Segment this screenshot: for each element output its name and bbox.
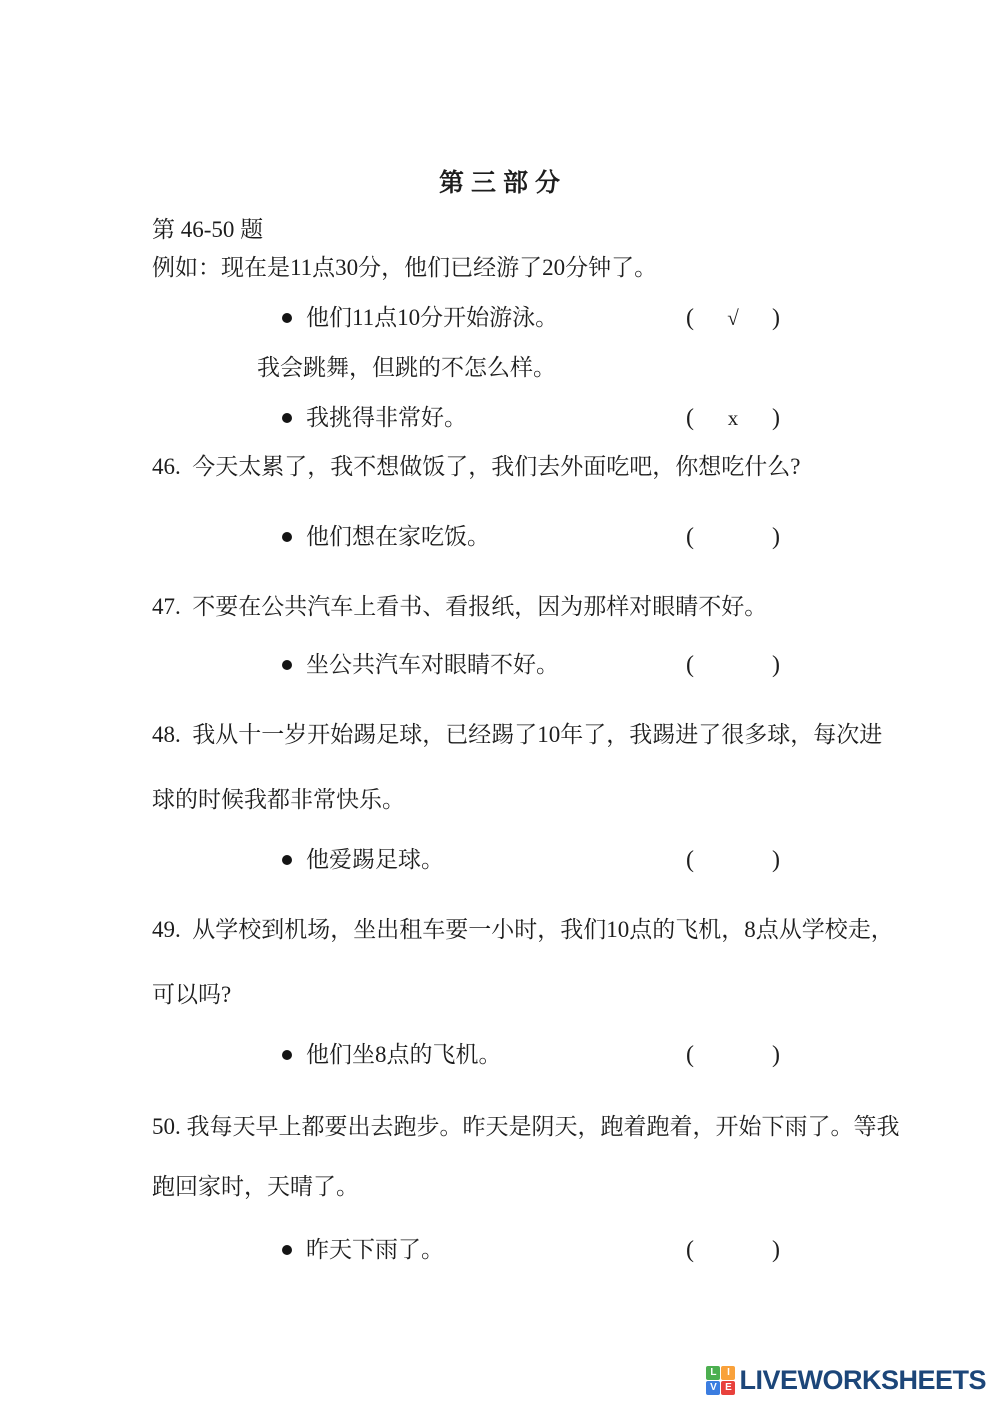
paren-close: ) <box>772 403 780 433</box>
bullet-icon <box>282 1050 292 1060</box>
question-50-text-line-1: 50. 我每天早上都要出去跑步。昨天是阴天，跑着跑着，开始下雨了。等我 <box>152 1112 900 1142</box>
paren-close: ) <box>772 522 780 552</box>
answer-field: ( ) <box>686 845 780 875</box>
statement-text: 他们11点10分开始游泳。 <box>306 303 558 333</box>
bullet-icon <box>282 413 292 423</box>
liveworksheets-grid-icon: L I V E <box>706 1366 735 1395</box>
question-50-text-line-2: 跑回家时，天晴了。 <box>152 1172 359 1202</box>
example-answer-cross: x <box>694 403 772 433</box>
paren-close: ) <box>772 303 780 333</box>
question-49-text-line-1: 49. 从学校到机场，坐出租车要一小时，我们10点的飞机，8点从学校走， <box>152 915 894 945</box>
logo-cell-i: I <box>721 1366 735 1380</box>
paren-open: ( <box>686 303 694 333</box>
question-48-text-line-1: 48. 我从十一岁开始踢足球，已经踢了10年了，我踢进了很多球，每次进 <box>152 720 882 750</box>
question-46-text: 46. 今天太累了，我不想做饭了，我们去外面吃吧，你想吃什么? <box>152 452 800 482</box>
paren-close: ) <box>772 1040 780 1070</box>
paren-close: ) <box>772 1235 780 1265</box>
statement-text: 他们想在家吃饭。 <box>306 522 490 552</box>
logo-cell-l: L <box>706 1366 720 1380</box>
bullet-icon <box>282 532 292 542</box>
paren-open: ( <box>686 1040 694 1070</box>
statement-text: 我挑得非常好。 <box>306 403 467 433</box>
statement-text: 他爱踢足球。 <box>306 845 444 875</box>
liveworksheets-wordmark: LIVEWORKSHEETS <box>739 1367 986 1394</box>
bullet-icon <box>282 855 292 865</box>
answer-field: ( ) <box>686 1040 780 1070</box>
example-context: 我会跳舞，但跳的不怎么样。 <box>257 353 556 383</box>
example-prompt: 例如：现在是11点30分，他们已经游了20分钟了。 <box>152 253 657 283</box>
logo-cell-e: E <box>721 1381 735 1395</box>
example-answer-check: √ <box>694 303 772 333</box>
statement-text: 他们坐8点的飞机。 <box>306 1040 502 1070</box>
bullet-icon <box>282 313 292 323</box>
worksheet-page: 第三部分 第 46-50 题 例如：现在是11点30分，他们已经游了20分钟了。… <box>0 0 999 1413</box>
section-title: 第三部分 <box>0 163 999 199</box>
paren-close: ) <box>772 650 780 680</box>
question-48-text-line-2: 球的时候我都非常快乐。 <box>152 785 405 815</box>
liveworksheets-logo[interactable]: L I V E LIVEWORKSHEETS <box>706 1366 986 1395</box>
statement-text: 坐公共汽车对眼睛不好。 <box>306 650 559 680</box>
bullet-icon <box>282 660 292 670</box>
paren-open: ( <box>686 403 694 433</box>
question-49-text-line-2: 可以吗? <box>152 980 231 1010</box>
paren-open: ( <box>686 1235 694 1265</box>
answer-field: ( √ ) <box>686 303 780 333</box>
paren-open: ( <box>686 522 694 552</box>
logo-cell-v: V <box>706 1381 720 1395</box>
paren-open: ( <box>686 845 694 875</box>
question-range-label: 第 46-50 题 <box>152 215 263 245</box>
answer-field: ( ) <box>686 1235 780 1265</box>
answer-field: ( ) <box>686 522 780 552</box>
answer-field: ( x ) <box>686 403 780 433</box>
question-47-text: 47. 不要在公共汽车上看书、看报纸，因为那样对眼睛不好。 <box>152 592 767 622</box>
statement-text: 昨天下雨了。 <box>306 1235 444 1265</box>
paren-close: ) <box>772 845 780 875</box>
paren-open: ( <box>686 650 694 680</box>
bullet-icon <box>282 1245 292 1255</box>
answer-field: ( ) <box>686 650 780 680</box>
